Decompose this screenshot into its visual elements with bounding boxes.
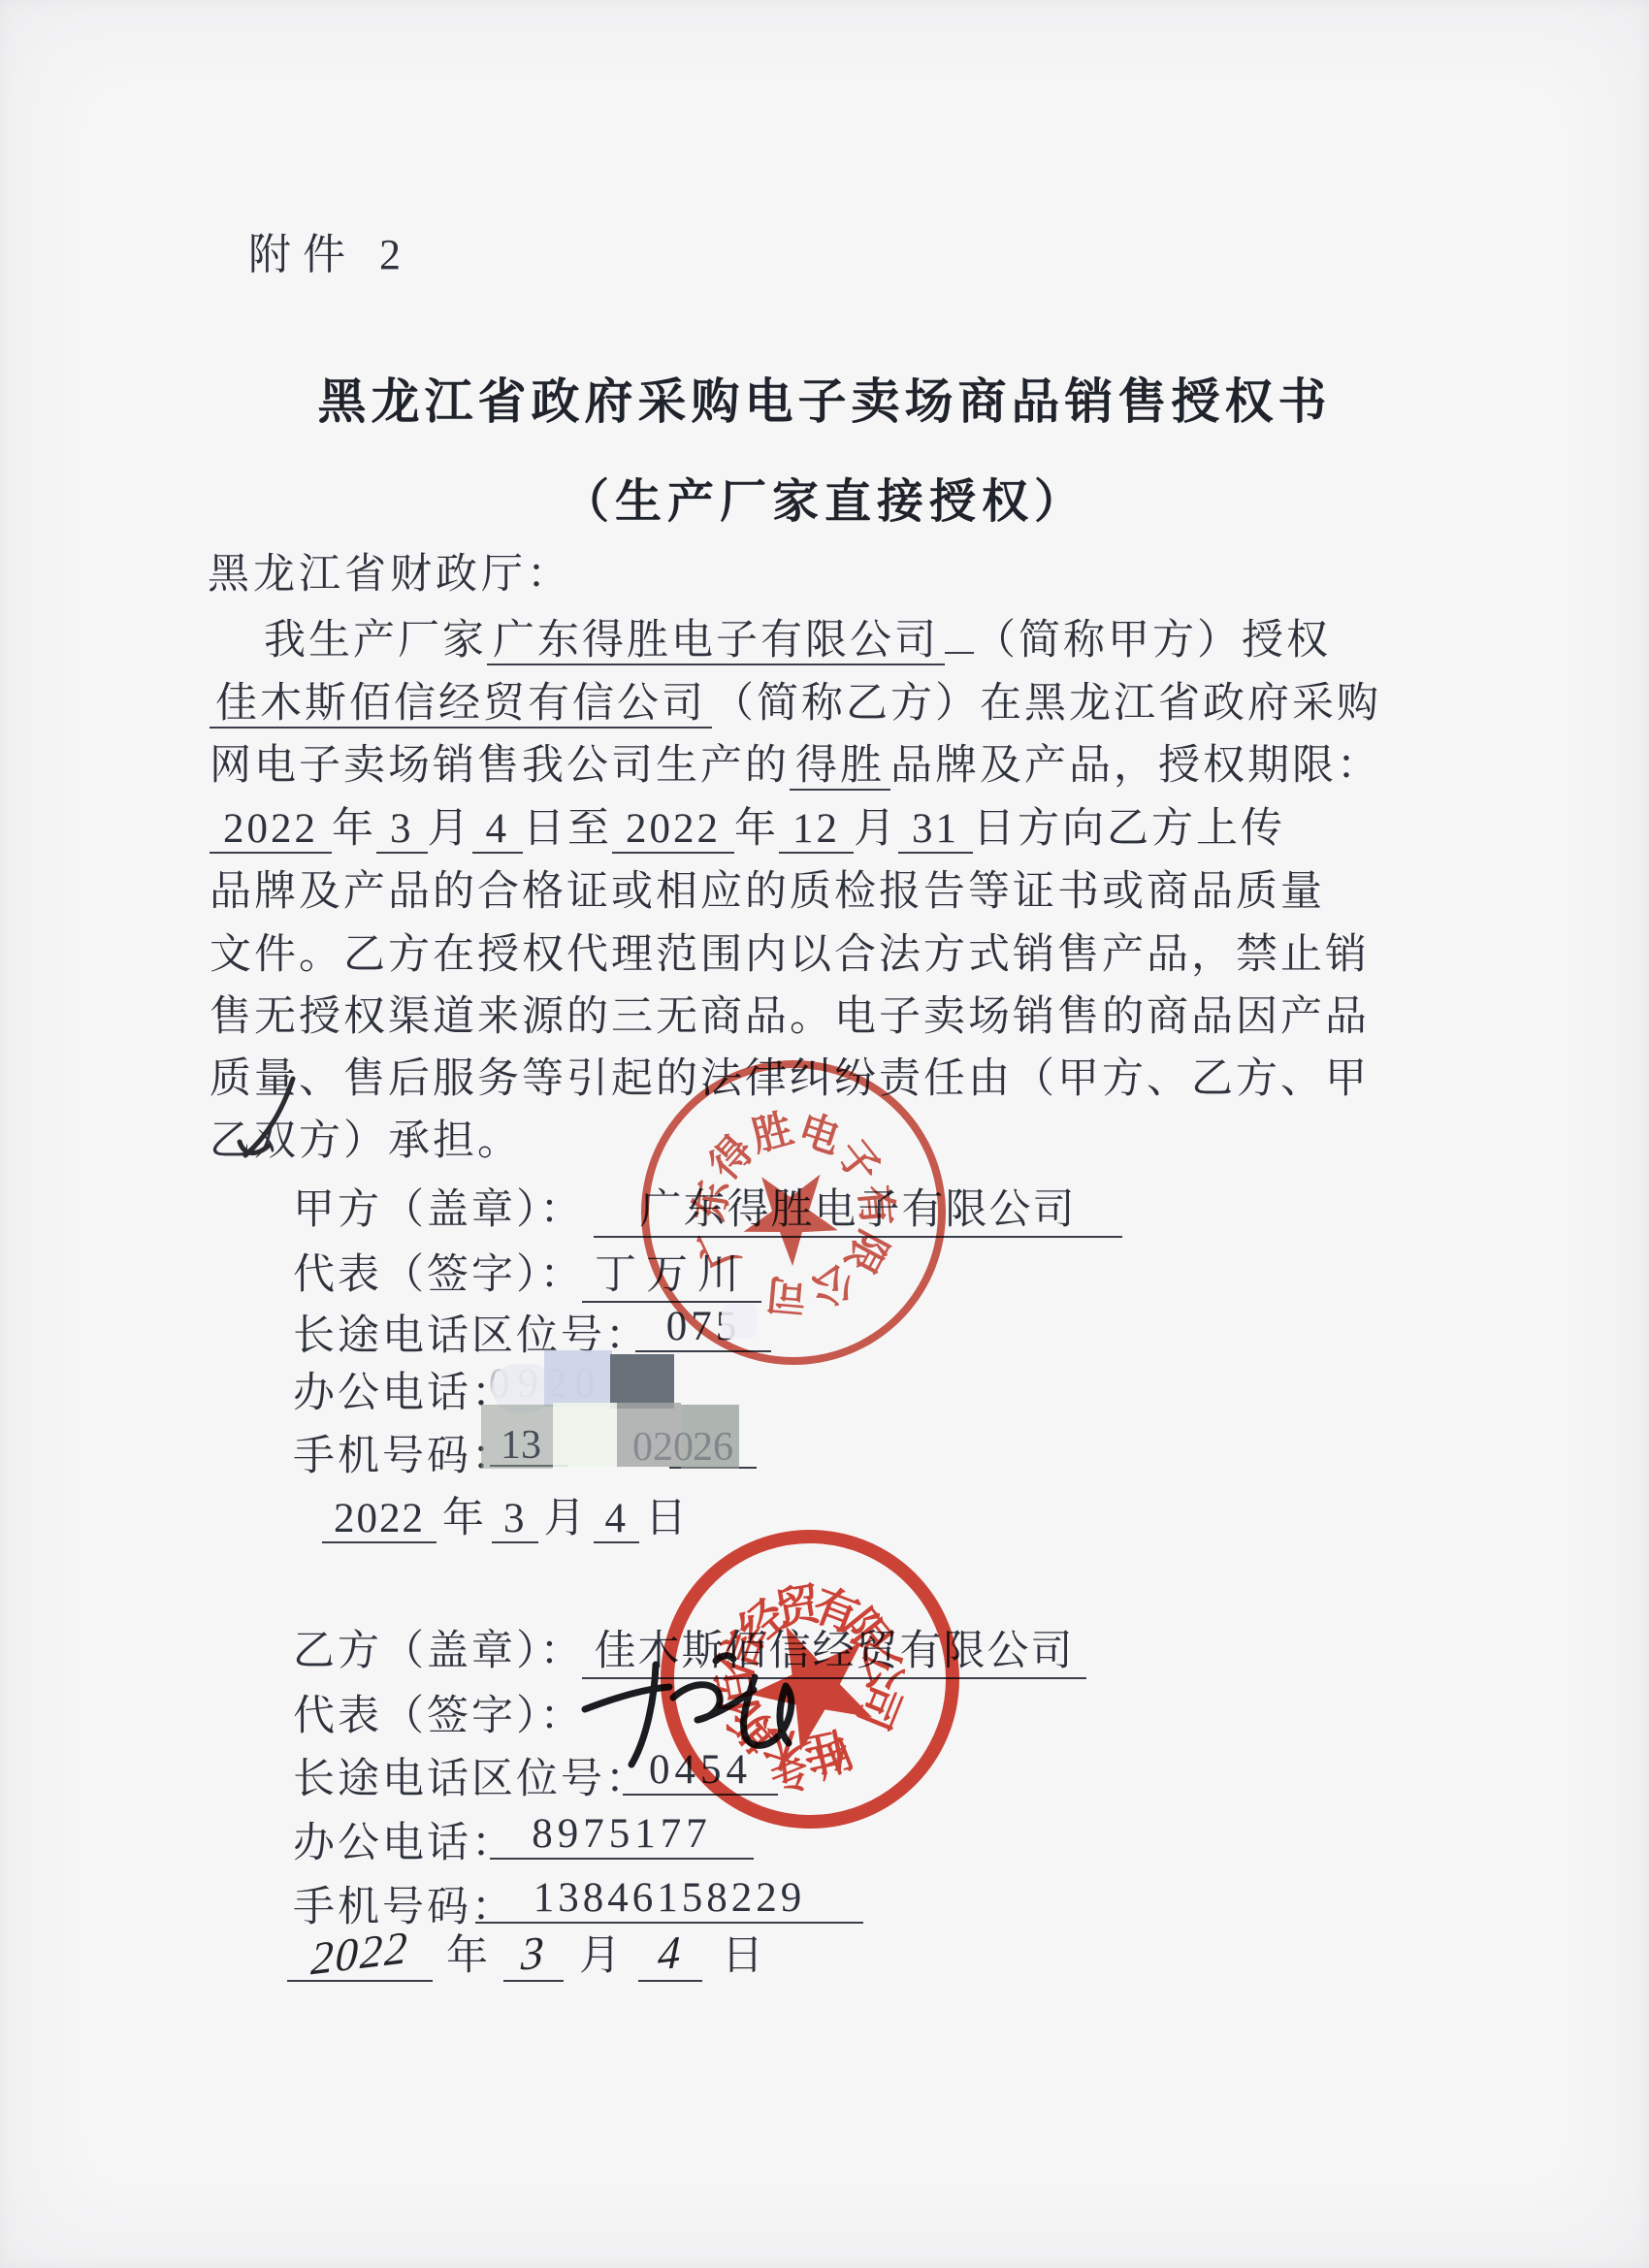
paragraph-line-4: 2022年3月4日至2022年12月31日方向乙方上传 [210,795,1285,855]
party-b-date-month-underline: 3 [503,1928,564,1982]
unit-year-2: 年 [734,806,779,852]
redaction-block [610,1354,674,1409]
party-b-date-day-unit: 日 [702,1933,785,1979]
party-a-date-year-unit: 年 [436,1496,492,1541]
party-a-date-month: 3 [492,1496,538,1543]
party-a-rep-label: 代表（签字）： [293,1242,585,1301]
party-b-date-day-handwritten: 4 [657,1926,683,1982]
line1-post: （简称甲方）授权 [974,618,1331,664]
brand-name-underlined: 得胜 [790,743,890,791]
party-b-date-year-unit: 年 [433,1933,503,1979]
unit-month: 月 [428,806,472,852]
party-b-office-phone-label: 办公电话： [293,1810,516,1869]
party-a-date-year: 2022 [322,1496,436,1543]
salutation-line: 黑龙江省财政厅： [208,541,572,600]
auth-end-year: 2022 [612,806,734,854]
paragraph-line-1: 我生产厂家广东得胜电子有限公司（简称甲方）授权 [210,607,1331,666]
party-b-date-month-unit: 月 [564,1933,638,1979]
paragraph-line-9: 乙双方）承担。 [210,1108,522,1167]
auth-end-month: 12 [779,806,854,854]
party-a-company-underlined: 广东得胜电子有限公司 [487,618,945,665]
line2-post: （简称乙方）在黑龙江省政府采购 [712,681,1381,727]
line3-post: 品牌及产品，授权期限： [890,743,1381,789]
attachment-label: 附件 2 [248,219,412,281]
auth-start-month: 3 [376,806,428,854]
party-b-seal-label: 乙方（盖章）： [293,1618,585,1677]
redaction-block [544,1350,612,1407]
party-a-date-row: 2022年3月4日 [322,1485,695,1544]
auth-start-year: 2022 [210,806,332,854]
paragraph-line-5: 品牌及产品的合格证或相应的质检报告等证书或商品质量 [210,859,1325,918]
party-a-mobile-fragment-start: 13 [501,1422,541,1469]
party-a-mobile-fragment-end: 26 [693,1424,733,1471]
party-b-date-day-underline: 4 [638,1928,702,1982]
party-a-date-month-unit: 月 [538,1496,594,1541]
document-title: 黑龙江省政府采购电子卖场商品销售授权书 [10,363,1639,433]
auth-end-day: 31 [898,806,973,854]
unit-month-2: 月 [854,806,898,852]
party-b-area-code-label: 长途电话区位号： [293,1746,650,1805]
line4-post: 日方向乙方上传 [973,806,1285,852]
party-a-date-day: 4 [594,1496,640,1543]
party-a-date-day-unit: 日 [639,1496,695,1541]
party-b-company-underlined: 佳木斯佰信经贸有信公司 [210,681,712,729]
text-until: 日至 [523,806,612,852]
paragraph-line-6: 文件。乙方在授权代理范围内以合法方式销售产品，禁止销 [210,922,1370,981]
party-b-rep-label: 代表（签字）： [293,1683,585,1742]
line1-pre: 我生产厂家 [264,618,487,664]
paragraph-line-3: 网电子卖场销售我公司生产的得胜品牌及产品，授权期限： [210,732,1381,792]
line3-pre: 网电子卖场销售我公司生产的 [210,743,790,789]
party-b-date-row: 2022年3月4日 [287,1923,785,1982]
party-b-date-month-handwritten: 3 [520,1926,546,1982]
party-a-seal-label: 甲方（盖章）： [293,1177,585,1236]
document-subtitle: （生产厂家直接授权） [10,464,1639,531]
auth-start-day: 4 [472,806,524,854]
unit-year: 年 [332,806,376,852]
blank-underline [945,610,974,654]
redaction-block [553,1403,617,1467]
paragraph-line-2: 佳木斯佰信经贸有信公司（简称乙方）在黑龙江省政府采购 [210,670,1381,729]
party-b-date-year-underline: 2022 [287,1928,433,1982]
party-b-date-year-handwritten: 2022 [309,1921,409,1986]
party-a-mobile-fragment-mid: 020 [632,1424,694,1471]
scanned-authorization-document: 附件 2 黑龙江省政府采购电子卖场商品销售授权书 （生产厂家直接授权） 黑龙江省… [0,0,1649,2268]
